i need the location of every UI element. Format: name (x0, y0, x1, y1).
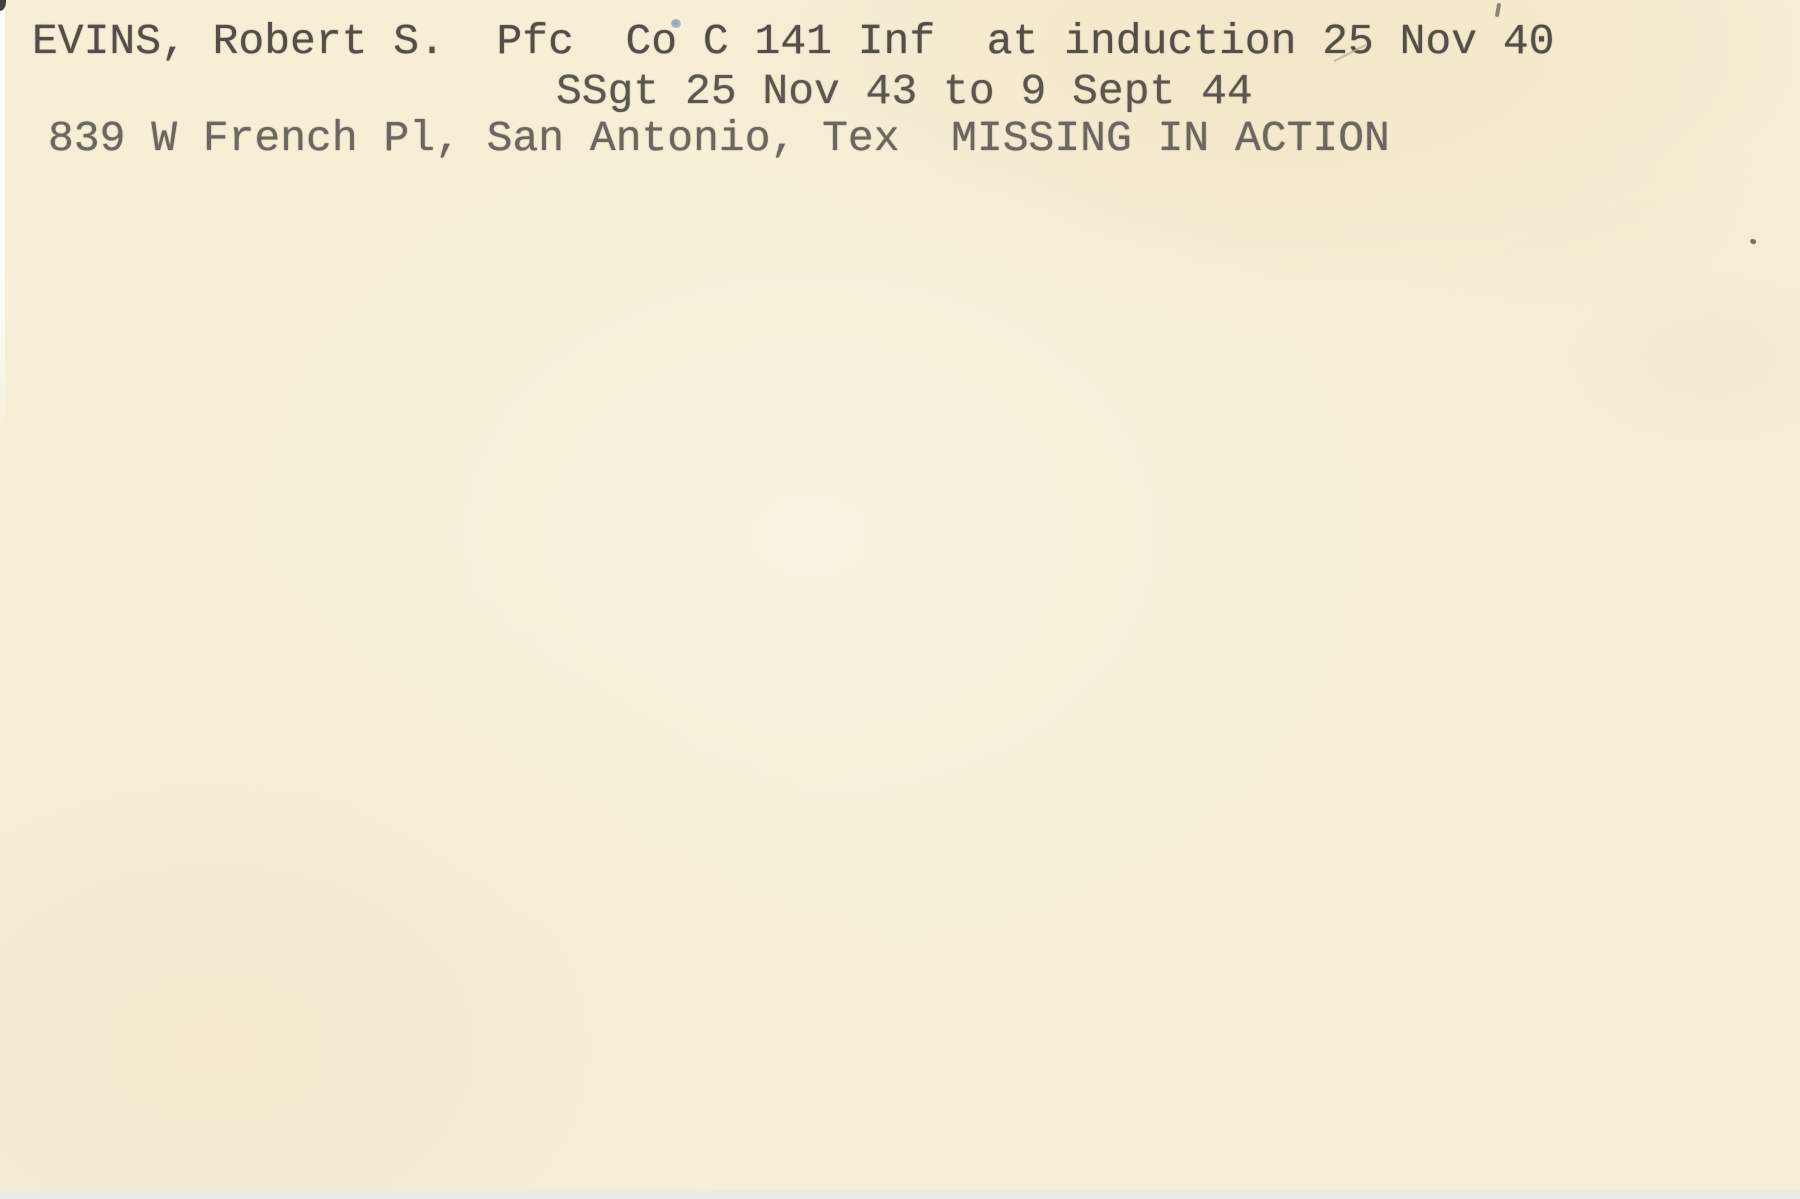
index-card-scan: EVINS, Robert S. Pfc Co C 141 Inf at ind… (0, 0, 1800, 1199)
typed-line-address-status: 839 W French Pl, San Antonio, Tex MISSIN… (48, 117, 1390, 160)
stray-blue-ink-dot (671, 19, 681, 28)
scan-edge-left (0, 0, 5, 440)
typed-line-name-rank-unit: EVINS, Robert S. Pfc Co C 141 Inf at ind… (32, 20, 1554, 63)
index-card-paper (0, 0, 1800, 1192)
scanner-bed-strip (0, 1190, 1800, 1199)
typed-line-promotion-dates: SSgt 25 Nov 43 to 9 Sept 44 (556, 70, 1253, 113)
